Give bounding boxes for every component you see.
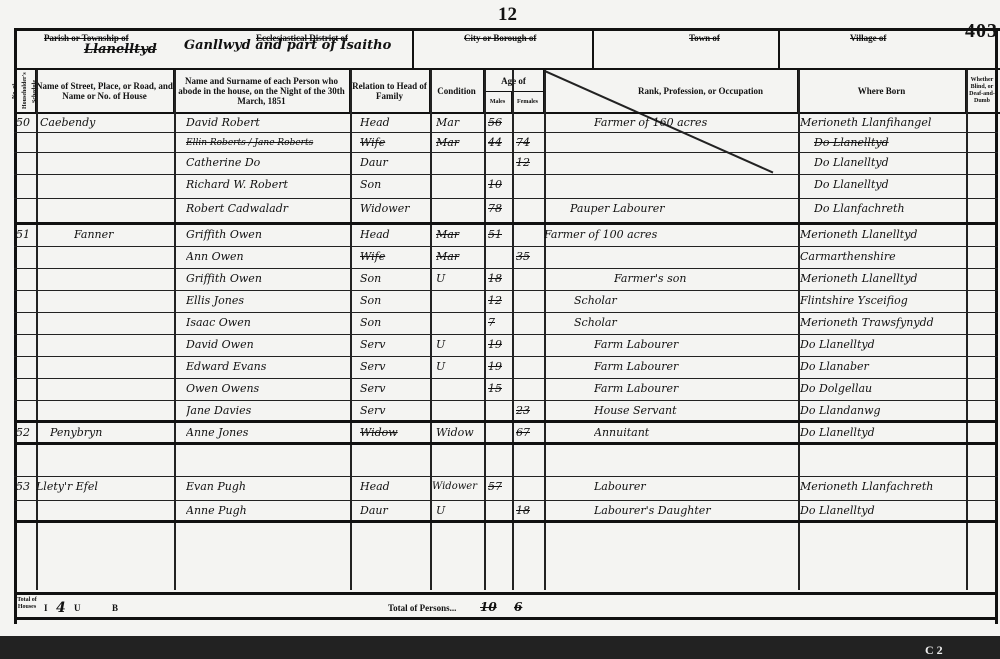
inhabited-value: 4 — [56, 600, 66, 616]
village-label: Village of — [780, 30, 998, 43]
col-age: Age of — [484, 70, 544, 92]
table-row: Richard W. Robert Son 10 Do Llanelltyd — [14, 175, 998, 199]
table-row: David Owen Serv U 19 Farm Labourer Do Ll… — [14, 335, 998, 357]
page-number: 12 — [498, 4, 517, 26]
table-row: Griffith Owen Son U 18 Farmer's son Meri… — [14, 269, 998, 291]
male-total: 10 — [480, 600, 497, 614]
table-row: Owen Owens Serv 15 Farm Labourer Do Dolg… — [14, 379, 998, 401]
table-row: 50 Caebendy David Robert Head Mar 56 Far… — [14, 113, 998, 133]
table-row: Jane Davies Serv 23 House Servant Do Lla… — [14, 401, 998, 423]
totals-bar: Total of Houses I 4 U B Total of Persons… — [14, 592, 998, 620]
table-row: Ann Owen Wife Mar 35 Carmarthenshire — [14, 247, 998, 269]
col-females: Females — [512, 92, 544, 112]
col-relation: Relation to Head of Family — [350, 70, 430, 112]
table-row: Catherine Do Daur 12 Do Llanelltyd — [14, 153, 998, 175]
town-field: Town of — [594, 30, 780, 68]
col-blind: Whether Blind, or Deaf-and-Dumb — [966, 70, 998, 112]
uninhabited-label: U — [74, 603, 81, 613]
col-condition: Condition — [430, 70, 484, 112]
female-total: 6 — [514, 600, 522, 614]
col-name: Name and Surname of each Person who abod… — [174, 70, 350, 112]
city-field: City or Borough of — [414, 30, 594, 68]
table-row: Anne Pugh Daur U 18 Labourer's Daughter … — [14, 501, 998, 523]
ecclesiastical-field: Ecclesiastical District of — [216, 30, 412, 68]
table-row: 52 Penybryn Anne Jones Widow Widow 67 An… — [14, 423, 998, 445]
scan-border — [0, 636, 1000, 659]
building-label: B — [112, 603, 118, 613]
houses-total-label: Total of Houses — [16, 597, 38, 611]
town-label: Town of — [594, 30, 778, 43]
table-row — [14, 445, 998, 477]
col-occupation: Rank, Profession, or Occupation — [544, 70, 798, 112]
table-row: Edward Evans Serv U 19 Farm Labourer Do … — [14, 357, 998, 379]
table-row: Ellis Jones Son 12 Scholar Flintshire Ys… — [14, 291, 998, 313]
parish-value: Llanelltyd — [84, 42, 157, 57]
footer-mark: C 2 — [925, 643, 943, 658]
city-label: City or Borough of — [414, 30, 592, 43]
table-row: Isaac Owen Son 7 Scholar Merioneth Traws… — [14, 313, 998, 335]
inhabited-label: I — [44, 603, 48, 613]
col-males: Males — [484, 92, 512, 112]
persons-total-label: Total of Persons... — [388, 603, 456, 613]
col-where-born: Where Born — [798, 70, 966, 112]
village-field: Village of — [780, 30, 998, 68]
table-row: Ellin Roberts / Jane Roberts Wife Mar 44… — [14, 133, 998, 153]
table-row: Robert Cadwaladr Widower 78 Pauper Labou… — [14, 199, 998, 225]
table-row: 51 Fanner Griffith Owen Head Mar 51 Farm… — [14, 225, 998, 247]
table-row: 53 Llety'r Efel Evan Pugh Head Widower 5… — [14, 477, 998, 501]
ecclesiastical-label: Ecclesiastical District of — [216, 30, 412, 43]
col-schedule: No. of Householder's Schedule — [14, 70, 36, 112]
table-row — [14, 523, 998, 589]
col-street: Name of Street, Place, or Road, and Name… — [36, 70, 174, 112]
